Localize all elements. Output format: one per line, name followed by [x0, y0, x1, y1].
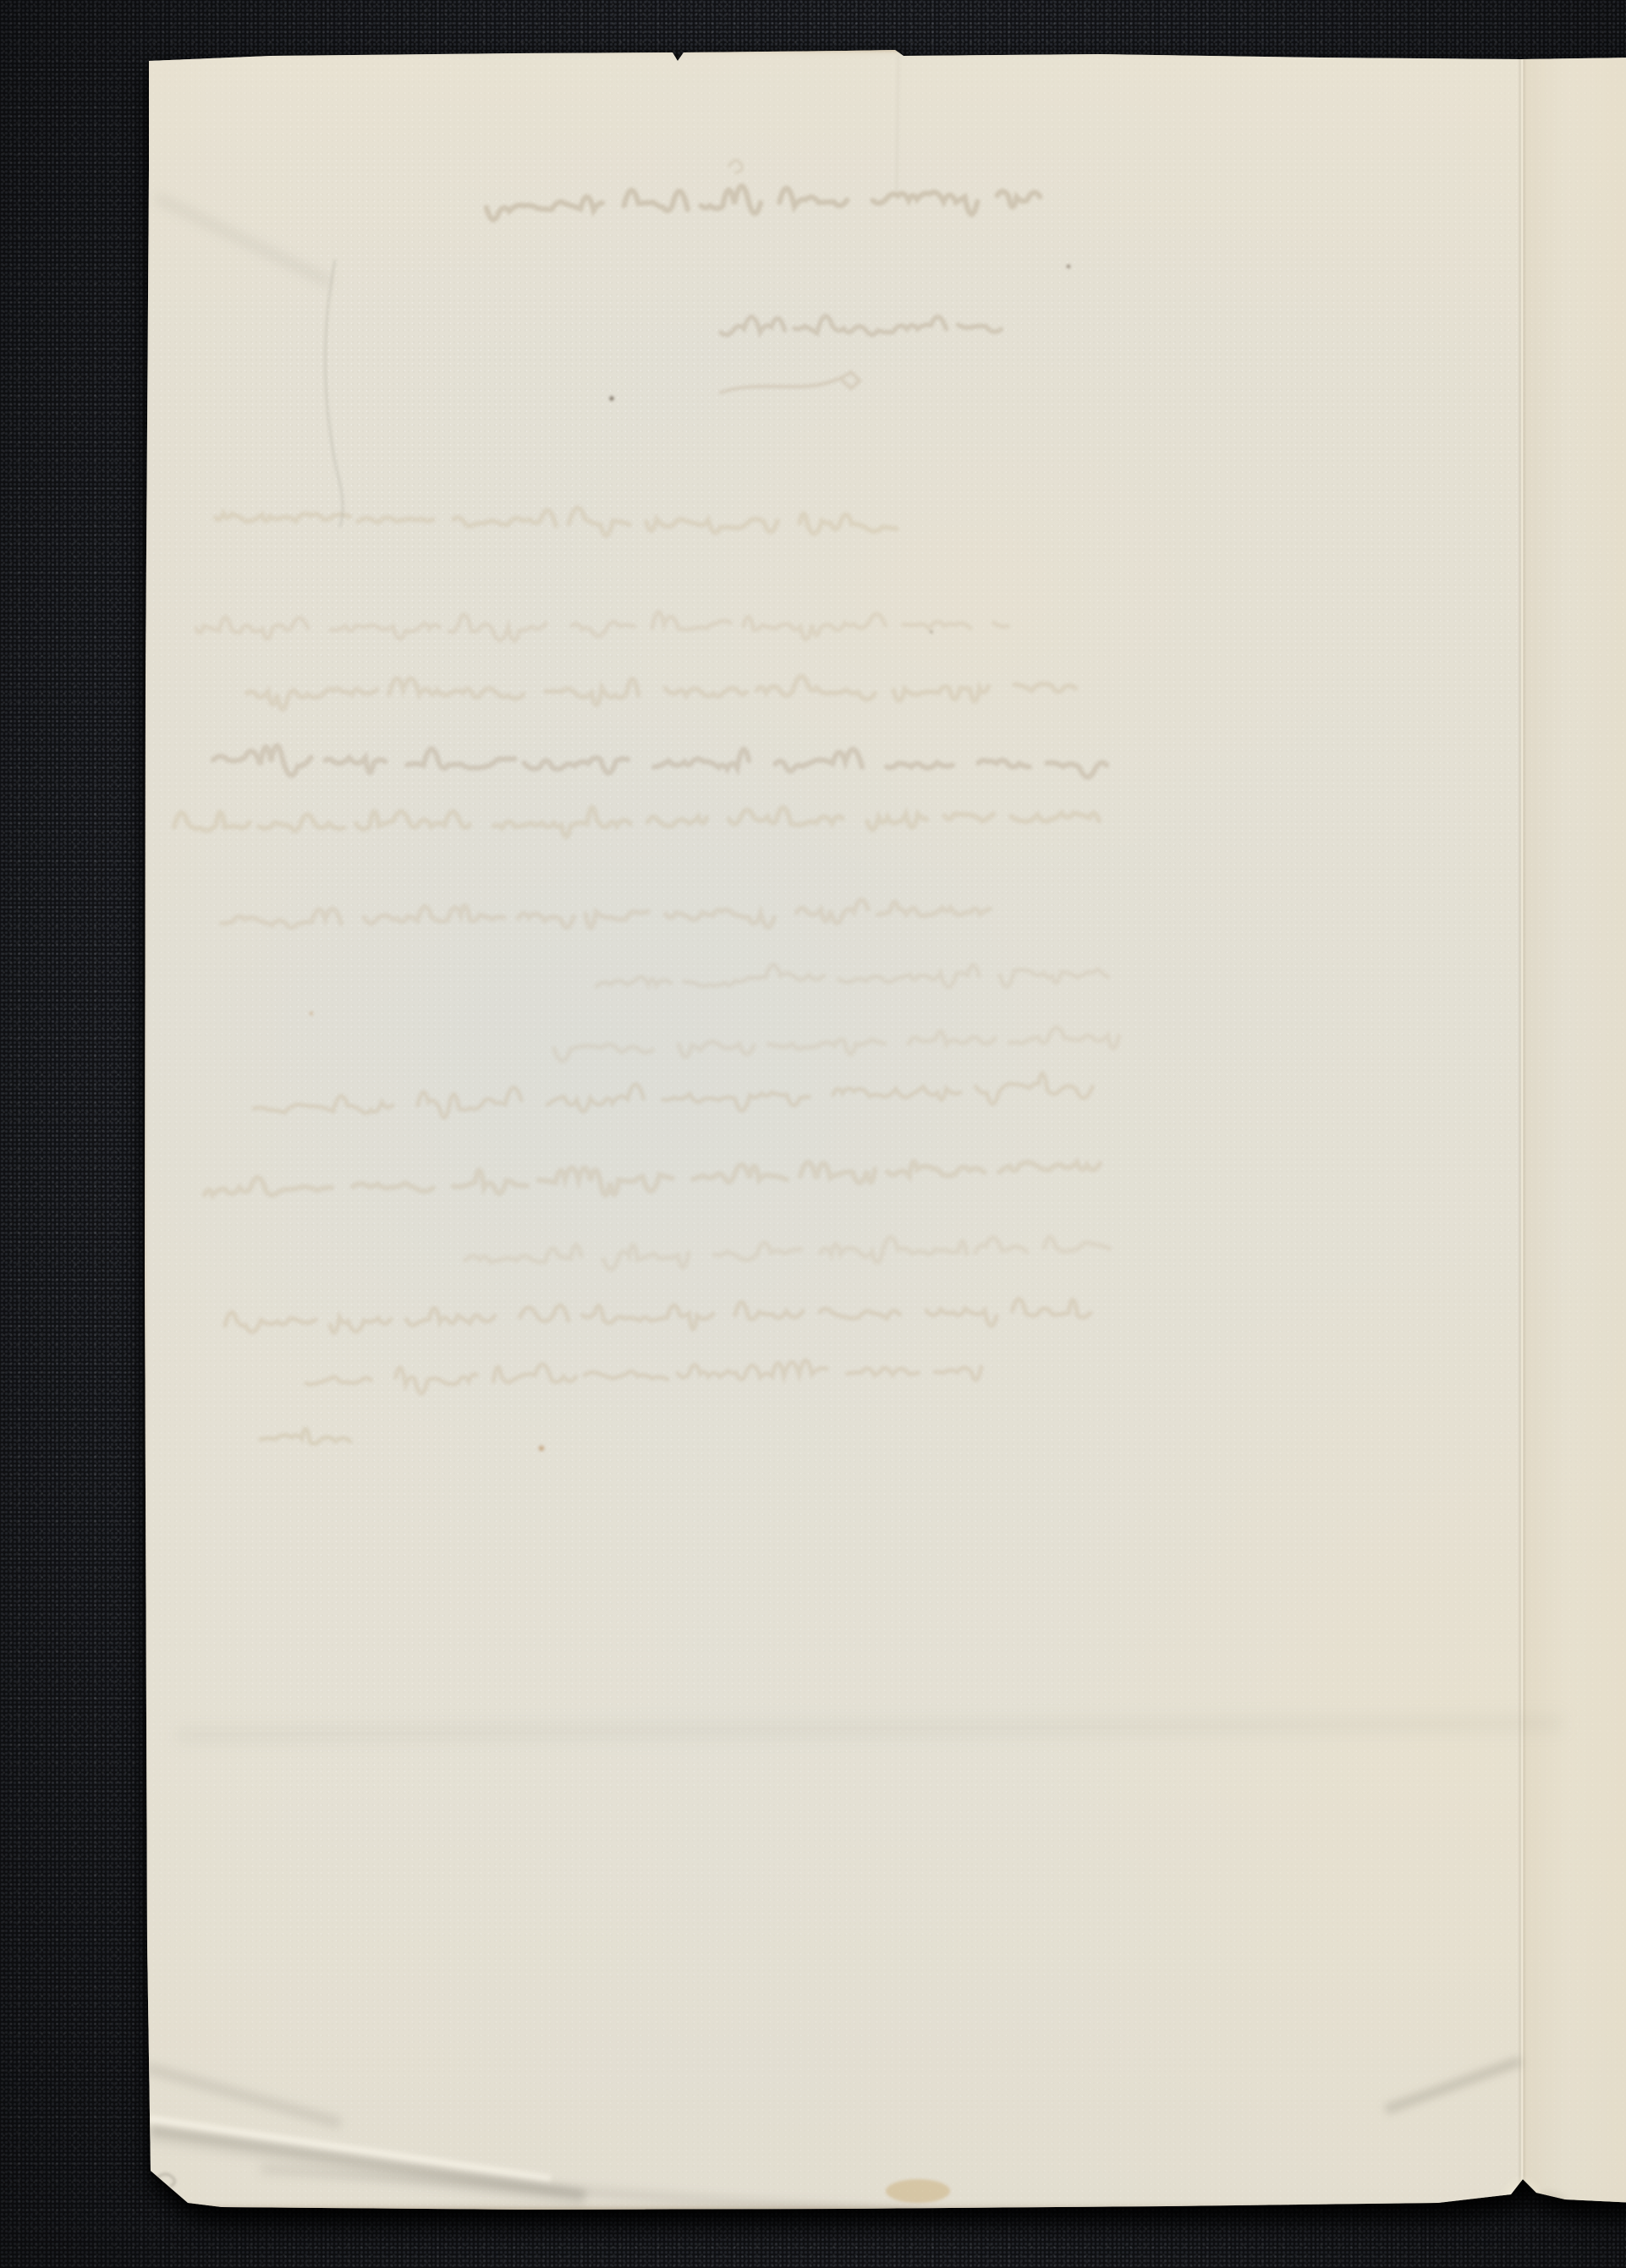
bleed-body-line-7 [254, 1074, 1092, 1118]
photo-table-fabric [0, 0, 1626, 2268]
bleed-header-line [486, 186, 1040, 220]
rust-fleck [539, 1446, 545, 1452]
bleed-right-line-b [554, 1028, 1119, 1061]
top-notch-crease [897, 56, 898, 190]
corner-curl [157, 2174, 175, 2186]
top-curl [729, 160, 742, 173]
bleed-body-line-4 [213, 745, 1107, 777]
bleed-body-line-6 [222, 900, 990, 928]
bleed-body-line-3 [247, 676, 1075, 709]
ink-bleed-through [142, 49, 1626, 2210]
manuscript-page [142, 49, 1626, 2210]
bleed-right-line-a [596, 965, 1107, 987]
bleed-section-heading [721, 316, 1001, 335]
bleed-stub-word [261, 1429, 350, 1444]
bleed-body-line-8b [465, 1237, 1109, 1269]
manuscript-page-wrap [142, 49, 1626, 2210]
ink-speck [930, 630, 932, 633]
ink-speck [1067, 265, 1070, 268]
bleed-body-line-9 [225, 1299, 1090, 1333]
left-crease-curve [325, 261, 343, 526]
bleed-body-line-5 [174, 807, 1099, 837]
bleed-body-line-1 [216, 508, 897, 535]
bleed-last-line [306, 1360, 981, 1393]
bleed-body-line-2 [196, 612, 1008, 641]
bottom-edge-stain [886, 2179, 950, 2203]
bleed-body-line-8 [205, 1161, 1100, 1195]
rust-fleck [310, 1012, 313, 1015]
ink-speck [609, 396, 613, 400]
heading-flourish [721, 372, 860, 393]
